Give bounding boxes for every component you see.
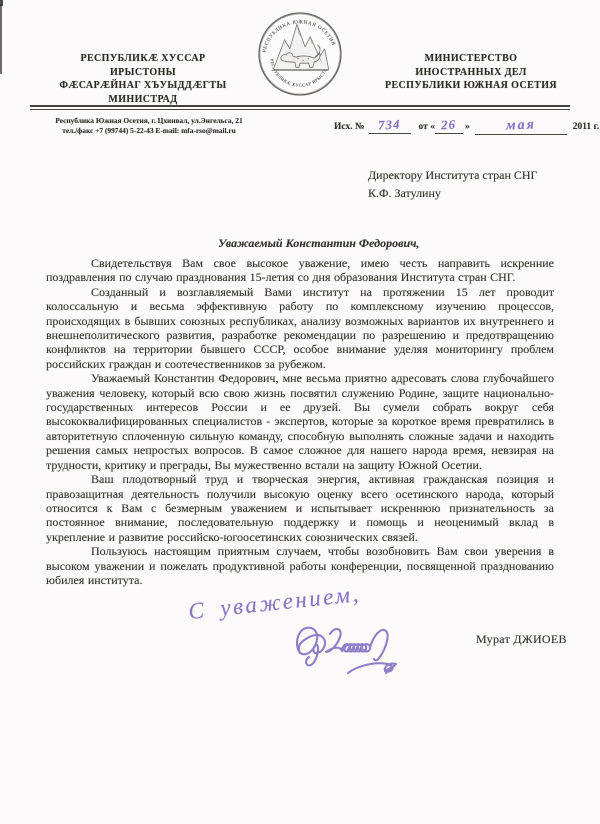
ref-day-handwritten: 26 — [441, 117, 457, 134]
contact-block: Республика Южная Осетия, г. Цхинвал, ул.… — [40, 116, 258, 136]
org-right-line3: РЕСПУБЛИКИ ЮЖНАЯ ОСЕТИЯ — [372, 79, 570, 93]
scanned-letter-page: РЕСПУБЛИКÆ ХУССАР ИРЫСТОНЫ ФÆСАРÆЙНАГ ХЪ… — [0, 0, 600, 824]
reference-line: Исх. № 734 от « 26 » мая 2011 г. — [334, 117, 599, 135]
signature-flourish-icon — [286, 616, 448, 700]
paragraph-5: Пользуюсь настоящим приятным случаем, чт… — [46, 544, 554, 587]
ref-month-handwritten: мая — [506, 117, 536, 134]
paragraph-4: Ваш плодотворный труд и творческая энерг… — [46, 472, 554, 544]
paragraph-2: Созданный и возглавляемый Вами институт … — [46, 285, 554, 371]
ref-from-label: от « — [419, 122, 435, 132]
coat-of-arms-emblem-icon: РЕСПУБЛИКА ЮЖНАЯ ОСЕТИЯ РЕСПУБЛИКÆ ХУССА… — [257, 11, 343, 97]
org-left-line3: МИНИСТРАД — [46, 93, 240, 107]
paragraph-1: Свидетельствуя Вам свое высокое уважение… — [46, 256, 554, 285]
ref-day-field: 26 — [435, 117, 463, 134]
salutation: Уважаемый Константин Федорович, — [218, 236, 419, 251]
ref-year-label: 2011 г. — [573, 122, 599, 132]
addressee-title: Директору Института стран СНГ — [368, 167, 538, 185]
addressee-block: Директору Института стран СНГ К.Ф. Затул… — [368, 167, 538, 202]
contact-phone-email: тел./факс +7 (99744) 5-22-43 E-mail: mfa… — [40, 126, 258, 136]
ref-out-label: Исх. № — [334, 122, 365, 132]
addressee-name: К.Ф. Затулину — [368, 185, 538, 203]
letter-body: Свидетельствуя Вам свое высокое уважение… — [46, 256, 554, 587]
header-divider — [30, 105, 570, 110]
org-left-line2: ФÆСАРÆЙНАГ ХЪУЫДДÆГТЫ — [46, 79, 240, 93]
scan-corner-artifact — [0, 0, 3, 6]
ref-number-field: 734 — [369, 117, 411, 134]
scan-edge-artifact — [0, 4, 2, 74]
org-left-line1: РЕСПУБЛИКÆ ХУССАР ИРЫСТОНЫ — [46, 52, 240, 79]
ref-month-field: мая — [475, 118, 567, 135]
contact-address: Республика Южная Осетия, г. Цхинвал, ул.… — [40, 116, 258, 126]
ref-number-handwritten: 734 — [378, 116, 401, 133]
ref-close-quote: » — [465, 122, 470, 132]
paragraph-3: Уважаемый Константин Федорович, мне весь… — [46, 371, 554, 472]
org-right-line1: МИНИСТЕРСТВО — [372, 52, 570, 66]
org-right-line2: ИНОСТРАННЫХ ДЕЛ — [372, 66, 570, 80]
ministry-name-russian: МИНИСТЕРСТВО ИНОСТРАННЫХ ДЕЛ РЕСПУБЛИКИ … — [372, 52, 570, 93]
ministry-name-ossetian: РЕСПУБЛИКÆ ХУССАР ИРЫСТОНЫ ФÆСАРÆЙНАГ ХЪ… — [46, 52, 240, 106]
signer-name: Мурат ДЖИОЕВ — [476, 632, 567, 647]
